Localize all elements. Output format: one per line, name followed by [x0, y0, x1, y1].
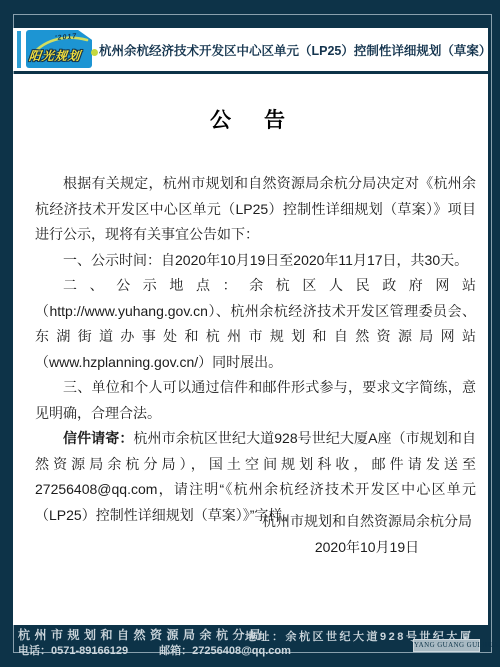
header-strip: '2017 阳光规划 杭州余杭经济技术开发区中心区单元（LP25）控制性详细规划… — [13, 28, 488, 71]
footer-org-name: 杭州市规划和自然资源局余杭分局 — [18, 626, 266, 643]
logo-brand-text: 阳光规划 — [28, 47, 82, 64]
notice-paragraph-intro: 根据有关规定，杭州市规划和自然资源局余杭分局决定对《杭州余杭经济技术开发区中心区… — [35, 171, 476, 248]
footer-telephone: 电话：0571-89166129 — [18, 645, 128, 657]
footer-contact-row: 电话：0571-89166129 邮箱：27256408@qq.com — [18, 642, 291, 658]
mailing-label: 信件请寄： — [63, 430, 133, 446]
signature-org: 杭州市规划和自然资源局余杭分局 — [262, 508, 472, 534]
notice-paragraphs: 根据有关规定，杭州市规划和自然资源局余杭分局决定对《杭州余杭经济技术开发区中心区… — [35, 171, 476, 528]
notice-card: 公 告 根据有关规定，杭州市规划和自然资源局余杭分局决定对《杭州余杭经济技术开发… — [13, 74, 488, 625]
announcement-page: { "header": { "logo": { "year": "'2017",… — [0, 0, 500, 667]
logo-accent-bar — [17, 31, 21, 68]
notice-paragraph-time: 一、公示时间：自2020年10月19日至2020年11月17日，共30天。 — [35, 248, 476, 274]
notice-paragraph-location: 二、公示地点：余杭区人民政府网站（http://www.yuhang.gov.c… — [35, 273, 476, 375]
signature-date: 2020年10月19日 — [262, 534, 472, 560]
footer-pinyin-badge: YANG GUANG GUI HUA — [413, 639, 480, 652]
footer-email: 邮箱：27256408@qq.com — [159, 645, 291, 657]
sunshine-planning-logo: '2017 阳光规划 — [26, 30, 92, 68]
logo-dot-icon — [91, 49, 98, 56]
notice-heading: 公 告 — [35, 104, 466, 134]
page-title: 杭州余杭经济技术开发区中心区单元（LP25）控制性详细规划（草案） — [99, 41, 491, 59]
signature-block: 杭州市规划和自然资源局余杭分局 2020年10月19日 — [262, 508, 472, 560]
notice-paragraph-participation: 三、单位和个人可以通过信件和邮件形式参与，要求文字简练，意见明确，合理合法。 — [35, 375, 476, 426]
